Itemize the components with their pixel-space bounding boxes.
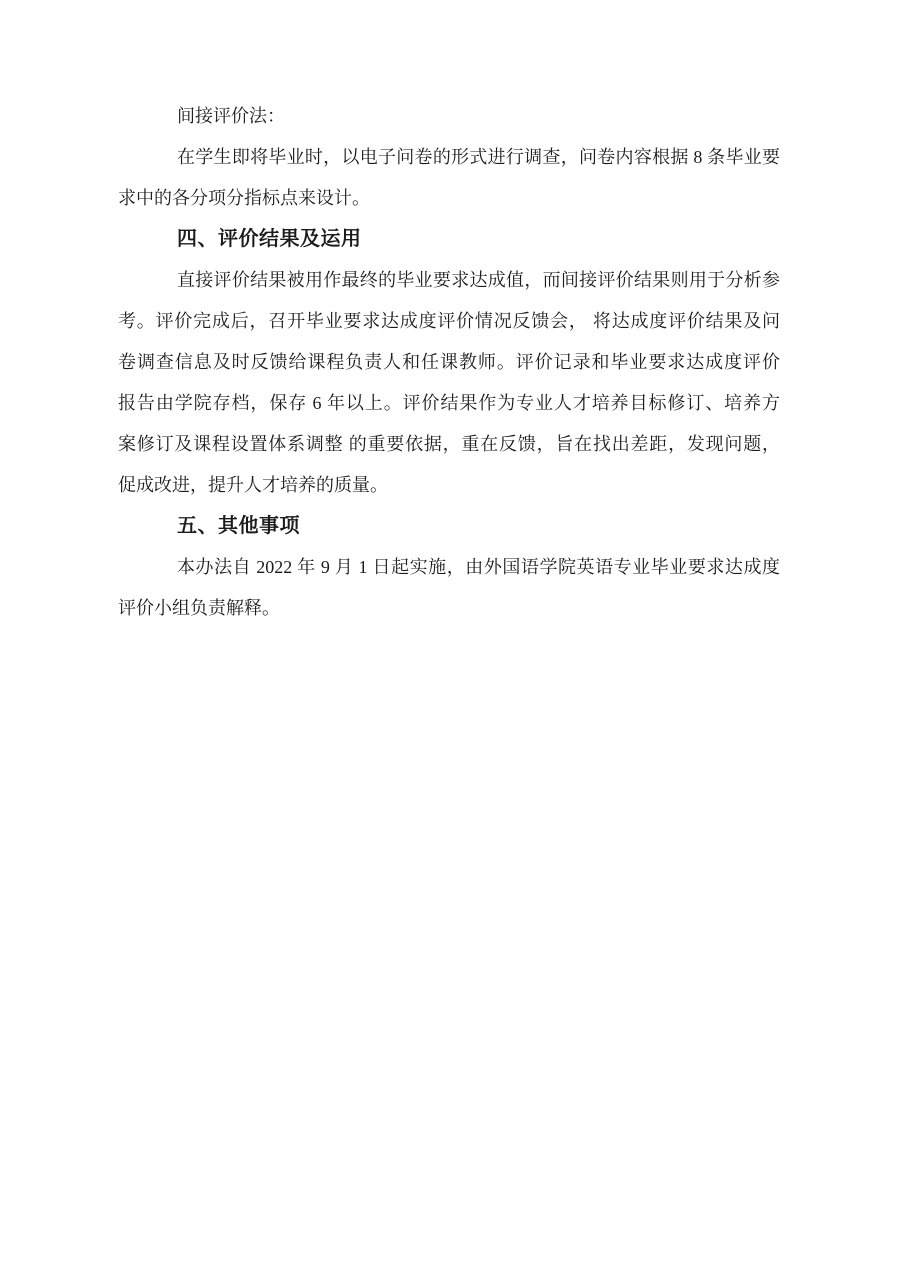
text-line: 直接评价结果被用作最终的毕业要求达成值，而间接评价结果则用于分析参 (118, 260, 780, 301)
text-line: 考。评价完成后，召开毕业要求达成度评价情况反馈会， 将达成度评价结果及问 (118, 301, 780, 342)
text-line: 卷调查信息及时反馈给课程负责人和任课教师。评价记录和毕业要求达成度评价 (118, 342, 780, 383)
text-line: 报告由学院存档，保存 6 年以上。评价结果作为专业人才培养目标修订、培养方 (118, 383, 780, 424)
text-line: 间接评价法： (118, 96, 780, 137)
text-line: 求中的各分项分指标点来设计。 (118, 178, 780, 219)
document-page: 间接评价法：在学生即将毕业时，以电子问卷的形式进行调查，问卷内容根据 8 条毕业… (0, 0, 900, 1273)
text-line: 促成改进，提升人才培养的质量。 (118, 465, 780, 506)
text-line: 在学生即将毕业时，以电子问卷的形式进行调查，问卷内容根据 8 条毕业要 (118, 137, 780, 178)
text-line: 案修订及课程设置体系调整 的重要依据，重在反馈，旨在找出差距，发现问题， (118, 424, 780, 465)
text-line: 评价小组负责解释。 (118, 588, 780, 629)
section-heading: 四、评价结果及运用 (118, 219, 780, 260)
section-heading: 五、其他事项 (118, 506, 780, 547)
document-content: 间接评价法：在学生即将毕业时，以电子问卷的形式进行调查，问卷内容根据 8 条毕业… (118, 96, 780, 629)
text-line: 本办法自 2022 年 9 月 1 日起实施，由外国语学院英语专业毕业要求达成度 (118, 547, 780, 588)
